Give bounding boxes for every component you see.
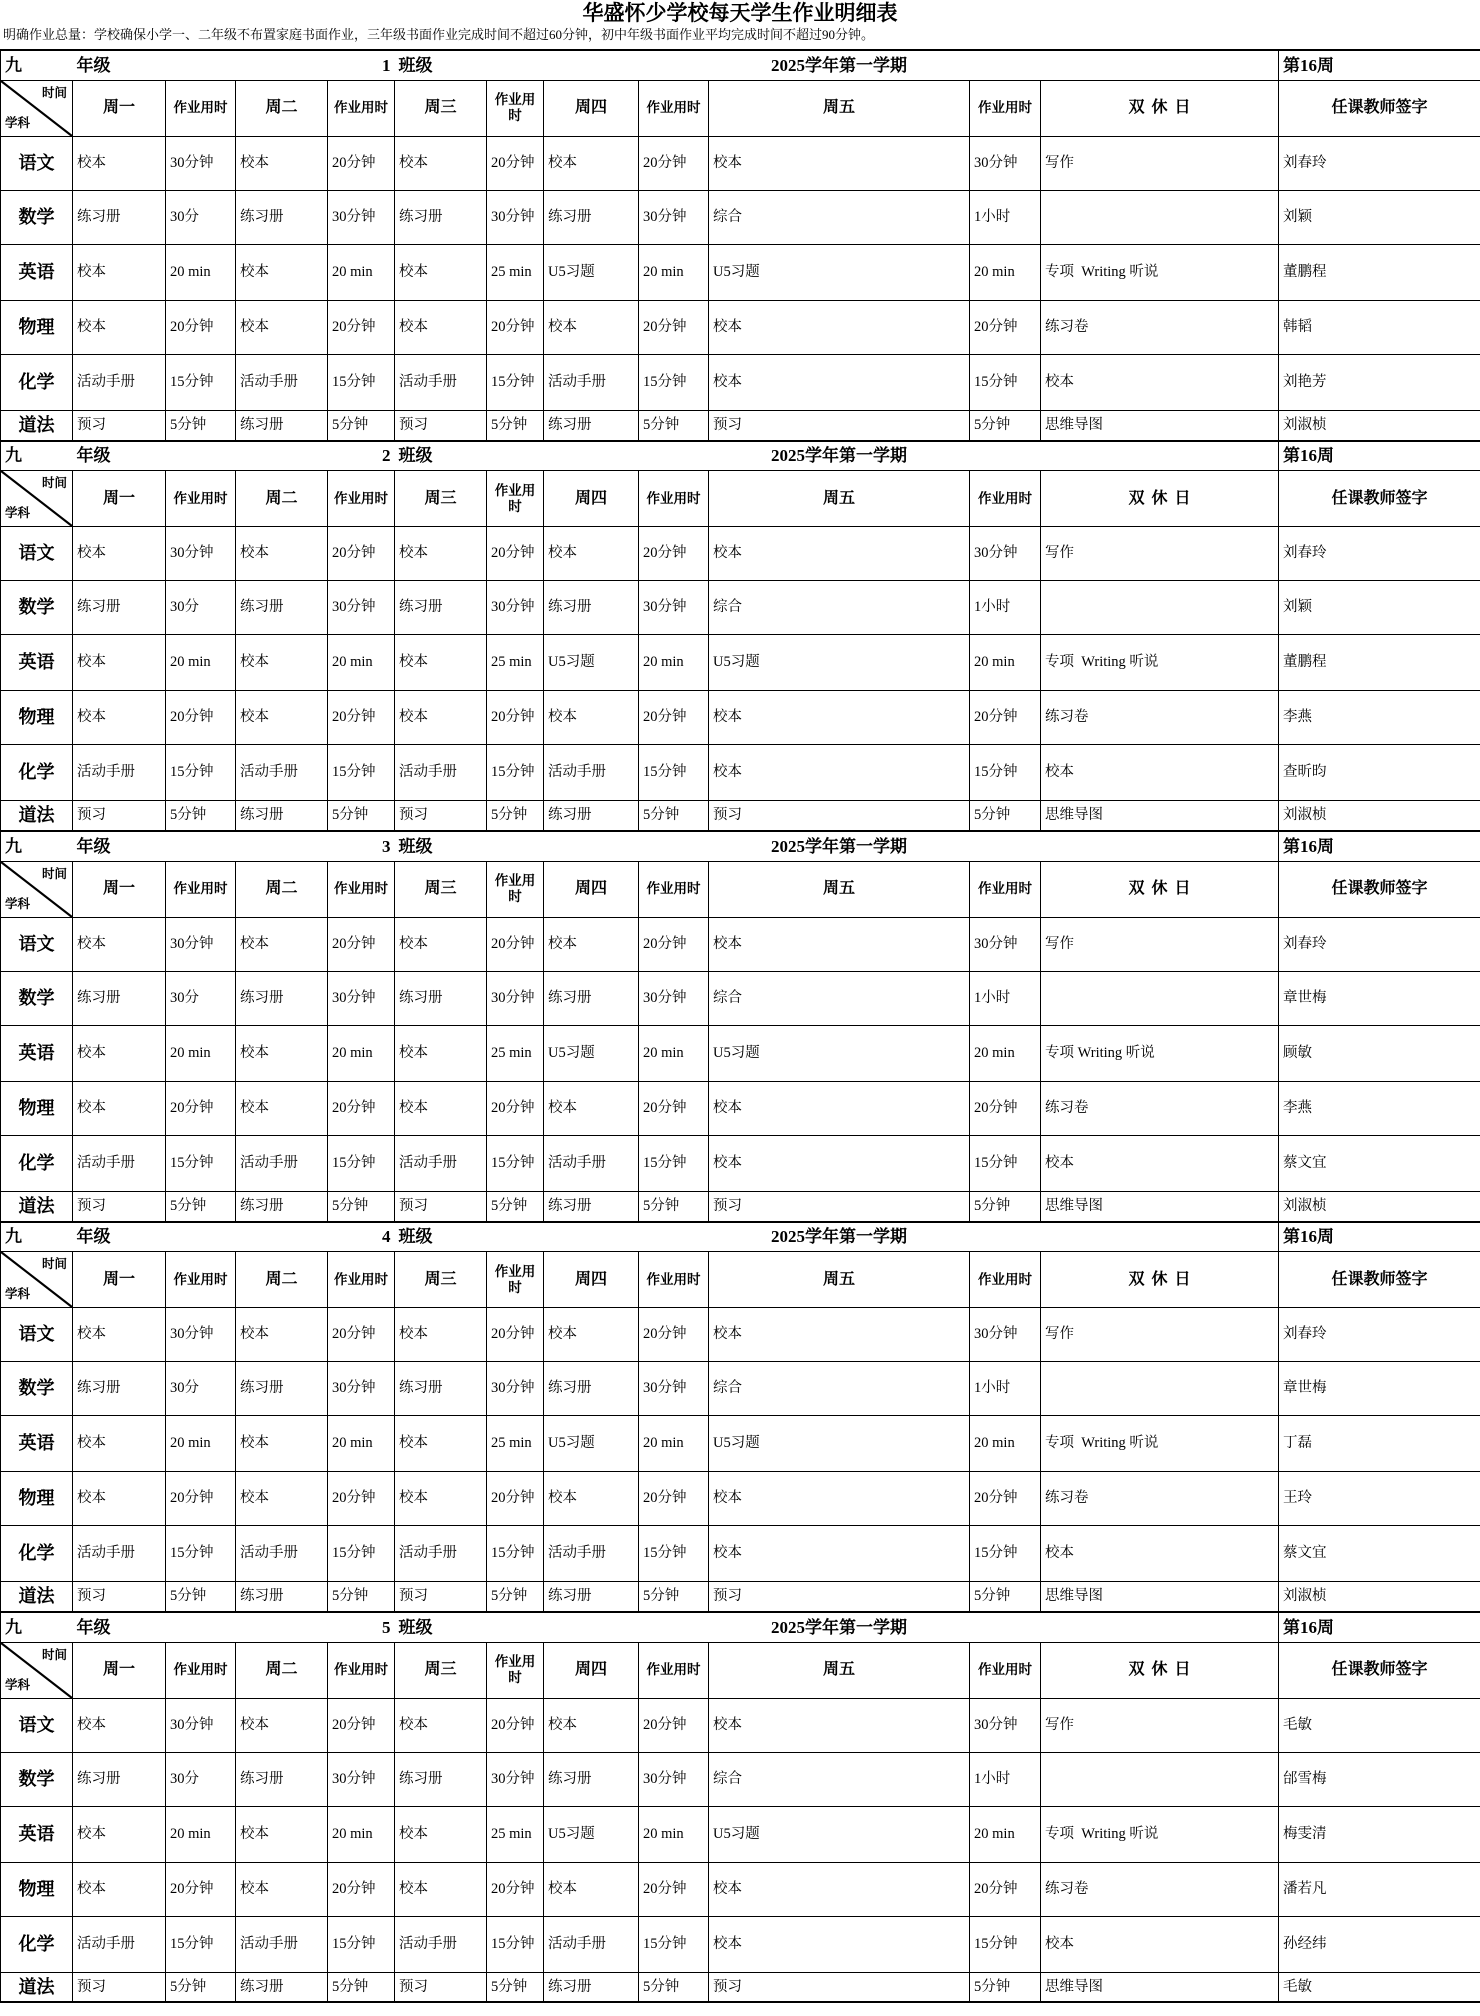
grid-cell: 20分钟 bbox=[487, 1472, 544, 1526]
grid-cell: 15分钟 bbox=[970, 354, 1041, 410]
column-header-7: 周四 bbox=[544, 471, 639, 527]
grid-cell: 校本 bbox=[1041, 1135, 1279, 1191]
grid-cell: 活动手册 bbox=[236, 1526, 328, 1582]
subject-row: 物理校本20分钟校本20分钟校本20分钟校本20分钟校本20分钟练习卷李燕 bbox=[1, 691, 1480, 745]
class-number-cell: 2 bbox=[236, 441, 395, 471]
grid-cell: 练习册 bbox=[236, 1972, 328, 2002]
grid-cell: 思维导图 bbox=[1041, 1191, 1279, 1221]
column-header-3: 周二 bbox=[236, 80, 328, 136]
section-header-row: 九年级3班级2025学年第一学期第16周 bbox=[1, 831, 1480, 861]
grid-cell: 练习册 bbox=[544, 190, 639, 244]
grid-cell: 5分钟 bbox=[487, 1972, 544, 2002]
grid-cell: 校本 bbox=[73, 136, 166, 190]
grid-cell: 30分钟 bbox=[487, 190, 544, 244]
column-header-4: 作业用时 bbox=[328, 861, 395, 917]
column-header-6: 作业用时 bbox=[487, 80, 544, 136]
grid-cell: 20分钟 bbox=[328, 1081, 395, 1135]
grid-cell: 20分钟 bbox=[166, 1472, 236, 1526]
grid-cell: 5分钟 bbox=[487, 1582, 544, 1612]
teacher-signature-cell: 刘春玲 bbox=[1279, 136, 1480, 190]
grid-cell: 30分 bbox=[166, 1362, 236, 1416]
column-header-3: 周二 bbox=[236, 471, 328, 527]
grid-cell: 15分钟 bbox=[970, 1916, 1041, 1972]
grid-cell: 预习 bbox=[73, 410, 166, 440]
grid-cell: 练习卷 bbox=[1041, 691, 1279, 745]
grid-cell: 练习册 bbox=[236, 971, 328, 1025]
grid-cell: 练习册 bbox=[544, 1191, 639, 1221]
grid-cell: 20 min bbox=[639, 1416, 709, 1472]
grid-cell: 练习册 bbox=[544, 1582, 639, 1612]
grid-cell: 20 min bbox=[328, 635, 395, 691]
column-header-6: 作业用时 bbox=[487, 1642, 544, 1698]
grid-cell: 25 min bbox=[487, 1806, 544, 1862]
grid-cell: 预习 bbox=[395, 801, 487, 831]
teacher-signature-cell: 李燕 bbox=[1279, 1081, 1480, 1135]
grid-cell: 校本 bbox=[73, 527, 166, 581]
grid-cell: 20分钟 bbox=[328, 691, 395, 745]
grid-cell: 活动手册 bbox=[544, 745, 639, 801]
grid-cell: 5分钟 bbox=[970, 1972, 1041, 2002]
column-header-3: 周二 bbox=[236, 1642, 328, 1698]
grid-cell: 校本 bbox=[1041, 745, 1279, 801]
grid-cell: 20分钟 bbox=[328, 1308, 395, 1362]
class-number-cell: 4 bbox=[236, 1222, 395, 1252]
week-cell: 第16周 bbox=[1279, 1612, 1480, 1642]
subject-row: 化学活动手册15分钟活动手册15分钟活动手册15分钟活动手册15分钟校本15分钟… bbox=[1, 1916, 1480, 1972]
grade-number-cell: 九 bbox=[1, 50, 73, 80]
total-homework-note: 明确作业总量：学校确保小学一、二年级不布置家庭书面作业，三年级书面作业完成时间不… bbox=[0, 26, 1480, 44]
grid-cell: 练习册 bbox=[395, 1752, 487, 1806]
grid-cell: 15分钟 bbox=[639, 1526, 709, 1582]
teacher-signature-cell: 梅雯清 bbox=[1279, 1806, 1480, 1862]
grid-cell: 练习册 bbox=[236, 1362, 328, 1416]
grid-cell: 15分钟 bbox=[970, 745, 1041, 801]
column-header-2: 作业用时 bbox=[166, 1252, 236, 1308]
grid-cell: 5分钟 bbox=[166, 1191, 236, 1221]
semester-cell: 2025学年第一学期 bbox=[709, 831, 970, 861]
grid-cell: 思维导图 bbox=[1041, 410, 1279, 440]
subject-label: 物理 bbox=[1, 691, 73, 745]
grid-cell: 15分钟 bbox=[328, 1526, 395, 1582]
grid-cell: 校本 bbox=[395, 1472, 487, 1526]
grid-cell: 思维导图 bbox=[1041, 1972, 1279, 2002]
grid-cell: 20分钟 bbox=[328, 1862, 395, 1916]
grid-cell: 校本 bbox=[395, 1862, 487, 1916]
subject-label: 语文 bbox=[1, 136, 73, 190]
grid-cell: U5习题 bbox=[544, 1416, 639, 1472]
grid-cell: 20分钟 bbox=[166, 300, 236, 354]
grid-cell: 预习 bbox=[73, 801, 166, 831]
grid-cell: 练习卷 bbox=[1041, 1862, 1279, 1916]
teacher-signature-cell: 李燕 bbox=[1279, 691, 1480, 745]
corner-time-subject-cell: 时间学科 bbox=[1, 1252, 73, 1308]
grid-cell: 20 min bbox=[166, 244, 236, 300]
corner-time-label: 时间 bbox=[42, 867, 67, 883]
teacher-signature-cell: 刘淑桢 bbox=[1279, 410, 1480, 440]
column-header-2: 作业用时 bbox=[166, 861, 236, 917]
grid-cell: 校本 bbox=[73, 635, 166, 691]
grid-cell: 20分钟 bbox=[639, 691, 709, 745]
grid-cell: 5分钟 bbox=[328, 1191, 395, 1221]
subject-label: 数学 bbox=[1, 1362, 73, 1416]
grid-cell: 20分钟 bbox=[487, 691, 544, 745]
subject-row: 语文校本30分钟校本20分钟校本20分钟校本20分钟校本30分钟写作刘春玲 bbox=[1, 136, 1480, 190]
class-section-table-1: 九年级1班级2025学年第一学期第16周时间学科周一作业用时周二作业用时周三作业… bbox=[0, 49, 1480, 441]
grid-cell bbox=[1041, 190, 1279, 244]
grid-cell: 5分钟 bbox=[328, 801, 395, 831]
grid-cell: 15分钟 bbox=[639, 745, 709, 801]
column-header-4: 作业用时 bbox=[328, 471, 395, 527]
column-header-1: 周一 bbox=[73, 471, 166, 527]
subject-row: 英语校本20 min校本20 min校本25 minU5习题20 minU5习题… bbox=[1, 1416, 1480, 1472]
grid-cell: 15分钟 bbox=[487, 745, 544, 801]
column-header-2: 作业用时 bbox=[166, 471, 236, 527]
grid-cell: 活动手册 bbox=[395, 1526, 487, 1582]
subject-row: 语文校本30分钟校本20分钟校本20分钟校本20分钟校本30分钟写作毛敏 bbox=[1, 1698, 1480, 1752]
subject-row: 道法预习5分钟练习册5分钟预习5分钟练习册5分钟预习5分钟思维导图毛敏 bbox=[1, 1972, 1480, 2002]
grid-cell: 30分钟 bbox=[166, 527, 236, 581]
grid-cell: 25 min bbox=[487, 244, 544, 300]
grid-cell: 30分钟 bbox=[166, 1698, 236, 1752]
corner-time-subject-cell: 时间学科 bbox=[1, 80, 73, 136]
subject-label: 道法 bbox=[1, 410, 73, 440]
grid-cell: 校本 bbox=[73, 1698, 166, 1752]
teacher-signature-cell: 刘颖 bbox=[1279, 190, 1480, 244]
teacher-signature-cell: 董鹏程 bbox=[1279, 244, 1480, 300]
grid-cell: 30分 bbox=[166, 190, 236, 244]
class-section-table-5: 九年级5班级2025学年第一学期第16周时间学科周一作业用时周二作业用时周三作业… bbox=[0, 1611, 1480, 2003]
teacher-signature-cell: 蔡文宜 bbox=[1279, 1526, 1480, 1582]
column-header-row: 时间学科周一作业用时周二作业用时周三作业用时周四作业用时周五作业用时双休日任课教… bbox=[1, 1642, 1480, 1698]
grid-cell: 30分钟 bbox=[639, 971, 709, 1025]
grid-cell: 练习册 bbox=[236, 1582, 328, 1612]
grade-label-cell: 年级 bbox=[73, 1222, 236, 1252]
grid-cell: 练习卷 bbox=[1041, 300, 1279, 354]
grid-cell: 练习册 bbox=[73, 1362, 166, 1416]
grid-cell: 练习册 bbox=[236, 190, 328, 244]
empty-header-cell bbox=[970, 1222, 1279, 1252]
grid-cell: 综合 bbox=[709, 1362, 970, 1416]
grid-cell: 5分钟 bbox=[970, 410, 1041, 440]
grid-cell: 校本 bbox=[709, 691, 970, 745]
subject-label: 物理 bbox=[1, 1081, 73, 1135]
grid-cell: 校本 bbox=[544, 1308, 639, 1362]
class-number-cell: 5 bbox=[236, 1612, 395, 1642]
semester-cell: 2025学年第一学期 bbox=[709, 50, 970, 80]
column-header-row: 时间学科周一作业用时周二作业用时周三作业用时周四作业用时周五作业用时双休日任课教… bbox=[1, 471, 1480, 527]
subject-label: 语文 bbox=[1, 1698, 73, 1752]
subject-label: 数学 bbox=[1, 971, 73, 1025]
grid-cell: 30分 bbox=[166, 971, 236, 1025]
grid-cell: 30分钟 bbox=[970, 1308, 1041, 1362]
grid-cell: 练习册 bbox=[544, 1972, 639, 2002]
grid-cell: 30分钟 bbox=[639, 190, 709, 244]
grid-cell: 预习 bbox=[709, 1582, 970, 1612]
grid-cell: 写作 bbox=[1041, 136, 1279, 190]
grid-cell: 练习册 bbox=[73, 1752, 166, 1806]
subject-label: 化学 bbox=[1, 1916, 73, 1972]
column-header-3: 周二 bbox=[236, 1252, 328, 1308]
homework-worksheet: 华盛怀少学校每天学生作业明细表 明确作业总量：学校确保小学一、二年级不布置家庭书… bbox=[0, 0, 1480, 2003]
grid-cell: 预习 bbox=[709, 1191, 970, 1221]
grid-cell: 30分钟 bbox=[487, 1362, 544, 1416]
grid-cell: 5分钟 bbox=[166, 801, 236, 831]
grid-cell: 5分钟 bbox=[639, 801, 709, 831]
empty-header-cell bbox=[487, 1612, 709, 1642]
grid-cell: 20 min bbox=[970, 1416, 1041, 1472]
teacher-signature-cell: 刘春玲 bbox=[1279, 1308, 1480, 1362]
grid-cell: 校本 bbox=[236, 691, 328, 745]
teacher-signature-cell: 邰雪梅 bbox=[1279, 1752, 1480, 1806]
column-header-7: 周四 bbox=[544, 1642, 639, 1698]
column-header-row: 时间学科周一作业用时周二作业用时周三作业用时周四作业用时周五作业用时双休日任课教… bbox=[1, 1252, 1480, 1308]
grid-cell: 20分钟 bbox=[487, 136, 544, 190]
grid-cell: 20分钟 bbox=[639, 1698, 709, 1752]
subject-label: 语文 bbox=[1, 527, 73, 581]
grid-cell: 练习册 bbox=[395, 581, 487, 635]
column-header-8: 作业用时 bbox=[639, 80, 709, 136]
grid-cell: 预习 bbox=[73, 1191, 166, 1221]
grid-cell: 20分钟 bbox=[328, 300, 395, 354]
column-header-4: 作业用时 bbox=[328, 1252, 395, 1308]
class-label-cell: 班级 bbox=[395, 1222, 487, 1252]
empty-header-cell bbox=[487, 831, 709, 861]
grid-cell: 活动手册 bbox=[73, 1135, 166, 1191]
subject-label: 英语 bbox=[1, 1416, 73, 1472]
class-label-cell: 班级 bbox=[395, 441, 487, 471]
grid-cell: 20分钟 bbox=[166, 691, 236, 745]
grid-cell: 20 min bbox=[166, 1416, 236, 1472]
grid-cell: 专项 Writing 听说 bbox=[1041, 635, 1279, 691]
grid-cell: U5习题 bbox=[544, 635, 639, 691]
grid-cell: 校本 bbox=[73, 691, 166, 745]
column-header-12: 任课教师签字 bbox=[1279, 1642, 1480, 1698]
column-header-4: 作业用时 bbox=[328, 1642, 395, 1698]
grid-cell: 预习 bbox=[395, 410, 487, 440]
grid-cell: 活动手册 bbox=[73, 745, 166, 801]
grid-cell: 20 min bbox=[328, 244, 395, 300]
grid-cell: 预习 bbox=[395, 1582, 487, 1612]
subject-row: 英语校本20 min校本20 min校本25 minU5习题20 minU5习题… bbox=[1, 1806, 1480, 1862]
section-header-row: 九年级5班级2025学年第一学期第16周 bbox=[1, 1612, 1480, 1642]
grid-cell: 专项 Writing 听说 bbox=[1041, 244, 1279, 300]
column-header-10: 作业用时 bbox=[970, 1252, 1041, 1308]
grid-cell: 20分钟 bbox=[487, 527, 544, 581]
teacher-signature-cell: 查昕昀 bbox=[1279, 745, 1480, 801]
subject-row: 化学活动手册15分钟活动手册15分钟活动手册15分钟活动手册15分钟校本15分钟… bbox=[1, 1526, 1480, 1582]
column-header-1: 周一 bbox=[73, 1642, 166, 1698]
grid-cell: 20分钟 bbox=[639, 1862, 709, 1916]
grid-cell: 校本 bbox=[395, 1308, 487, 1362]
grid-cell: 20分钟 bbox=[970, 691, 1041, 745]
subject-label: 数学 bbox=[1, 581, 73, 635]
subject-label: 道法 bbox=[1, 1191, 73, 1221]
grid-cell: 30分钟 bbox=[328, 971, 395, 1025]
grid-cell: 20 min bbox=[639, 244, 709, 300]
teacher-signature-cell: 孙经纬 bbox=[1279, 1916, 1480, 1972]
column-header-8: 作业用时 bbox=[639, 1252, 709, 1308]
column-header-7: 周四 bbox=[544, 861, 639, 917]
grade-number-cell: 九 bbox=[1, 831, 73, 861]
grid-cell: 20 min bbox=[970, 1025, 1041, 1081]
grid-cell: 综合 bbox=[709, 190, 970, 244]
class-number-cell: 1 bbox=[236, 50, 395, 80]
teacher-signature-cell: 刘淑桢 bbox=[1279, 801, 1480, 831]
grid-cell: 校本 bbox=[236, 917, 328, 971]
grid-cell: 活动手册 bbox=[73, 354, 166, 410]
grid-cell: 练习册 bbox=[544, 801, 639, 831]
grid-cell: 20分钟 bbox=[970, 1472, 1041, 1526]
grid-cell: 写作 bbox=[1041, 917, 1279, 971]
subject-label: 道法 bbox=[1, 1582, 73, 1612]
grid-cell: 20 min bbox=[166, 1025, 236, 1081]
column-header-9: 周五 bbox=[709, 1642, 970, 1698]
column-header-10: 作业用时 bbox=[970, 80, 1041, 136]
grid-cell: 30分钟 bbox=[970, 527, 1041, 581]
subject-row: 物理校本20分钟校本20分钟校本20分钟校本20分钟校本20分钟练习卷韩韬 bbox=[1, 300, 1480, 354]
grid-cell: 练习册 bbox=[544, 581, 639, 635]
grid-cell: 活动手册 bbox=[395, 745, 487, 801]
grid-cell: 校本 bbox=[395, 527, 487, 581]
column-header-11: 双休日 bbox=[1041, 80, 1279, 136]
week-cell: 第16周 bbox=[1279, 1222, 1480, 1252]
grid-cell: 综合 bbox=[709, 581, 970, 635]
grid-cell: 预习 bbox=[709, 1972, 970, 2002]
column-header-2: 作业用时 bbox=[166, 1642, 236, 1698]
corner-subject-label: 学科 bbox=[5, 506, 30, 522]
subject-row: 化学活动手册15分钟活动手册15分钟活动手册15分钟活动手册15分钟校本15分钟… bbox=[1, 745, 1480, 801]
grid-cell: 15分钟 bbox=[970, 1135, 1041, 1191]
column-header-9: 周五 bbox=[709, 861, 970, 917]
week-cell: 第16周 bbox=[1279, 50, 1480, 80]
teacher-signature-cell: 王玲 bbox=[1279, 1472, 1480, 1526]
grid-cell: 20分钟 bbox=[639, 527, 709, 581]
class-label-cell: 班级 bbox=[395, 1612, 487, 1642]
grid-cell: 练习册 bbox=[544, 1752, 639, 1806]
grid-cell: 练习册 bbox=[395, 190, 487, 244]
grid-cell: 校本 bbox=[709, 300, 970, 354]
grid-cell: 15分钟 bbox=[639, 1135, 709, 1191]
page-title: 华盛怀少学校每天学生作业明细表 bbox=[0, 0, 1480, 26]
grid-cell: 校本 bbox=[395, 1025, 487, 1081]
grid-cell: 20 min bbox=[639, 1806, 709, 1862]
grid-cell: 20 min bbox=[166, 635, 236, 691]
grid-cell: 活动手册 bbox=[544, 1916, 639, 1972]
column-header-8: 作业用时 bbox=[639, 861, 709, 917]
grid-cell: 15分钟 bbox=[328, 745, 395, 801]
grid-cell: 预习 bbox=[73, 1582, 166, 1612]
grid-cell: 练习册 bbox=[236, 801, 328, 831]
grid-cell: 20 min bbox=[639, 1025, 709, 1081]
empty-header-cell bbox=[487, 441, 709, 471]
class-section-table-3: 九年级3班级2025学年第一学期第16周时间学科周一作业用时周二作业用时周三作业… bbox=[0, 830, 1480, 1222]
grid-cell: 5分钟 bbox=[487, 1191, 544, 1221]
grid-cell: 5分钟 bbox=[328, 1582, 395, 1612]
empty-header-cell bbox=[970, 441, 1279, 471]
grid-cell: 校本 bbox=[709, 1916, 970, 1972]
column-header-5: 周三 bbox=[395, 1642, 487, 1698]
grid-cell: 预习 bbox=[709, 410, 970, 440]
grid-cell: 校本 bbox=[236, 244, 328, 300]
subject-label: 化学 bbox=[1, 1135, 73, 1191]
grid-cell: 校本 bbox=[73, 1416, 166, 1472]
grid-cell: 校本 bbox=[395, 1416, 487, 1472]
grade-number-cell: 九 bbox=[1, 441, 73, 471]
grid-cell: 30分钟 bbox=[970, 1698, 1041, 1752]
grid-cell: 15分钟 bbox=[166, 1916, 236, 1972]
grade-number-cell: 九 bbox=[1, 1222, 73, 1252]
grid-cell: 校本 bbox=[1041, 1916, 1279, 1972]
teacher-signature-cell: 刘春玲 bbox=[1279, 917, 1480, 971]
column-header-10: 作业用时 bbox=[970, 471, 1041, 527]
grid-cell: 20 min bbox=[970, 1806, 1041, 1862]
grid-cell: 5分钟 bbox=[639, 1972, 709, 2002]
grid-cell: 30分钟 bbox=[487, 971, 544, 1025]
grid-cell: 活动手册 bbox=[236, 745, 328, 801]
grid-cell: 30分钟 bbox=[487, 1752, 544, 1806]
corner-time-subject-cell: 时间学科 bbox=[1, 1642, 73, 1698]
subject-row: 物理校本20分钟校本20分钟校本20分钟校本20分钟校本20分钟练习卷王玲 bbox=[1, 1472, 1480, 1526]
subject-row: 语文校本30分钟校本20分钟校本20分钟校本20分钟校本30分钟写作刘春玲 bbox=[1, 1308, 1480, 1362]
grid-cell: 校本 bbox=[544, 1081, 639, 1135]
subject-label: 英语 bbox=[1, 1025, 73, 1081]
grid-cell: 校本 bbox=[709, 527, 970, 581]
teacher-signature-cell: 刘淑桢 bbox=[1279, 1191, 1480, 1221]
grid-cell: 校本 bbox=[1041, 354, 1279, 410]
section-header-row: 九年级4班级2025学年第一学期第16周 bbox=[1, 1222, 1480, 1252]
grade-number-cell: 九 bbox=[1, 1612, 73, 1642]
grid-cell: 20分钟 bbox=[166, 1081, 236, 1135]
grade-label-cell: 年级 bbox=[73, 50, 236, 80]
grid-cell: U5习题 bbox=[709, 1806, 970, 1862]
grid-cell: 预习 bbox=[395, 1972, 487, 2002]
corner-time-subject-cell: 时间学科 bbox=[1, 471, 73, 527]
grid-cell: 20 min bbox=[970, 244, 1041, 300]
subject-label: 化学 bbox=[1, 745, 73, 801]
grid-cell: 5分钟 bbox=[328, 410, 395, 440]
corner-time-label: 时间 bbox=[42, 1257, 67, 1273]
corner-time-label: 时间 bbox=[42, 476, 67, 492]
grid-cell: 20分钟 bbox=[639, 917, 709, 971]
column-header-3: 周二 bbox=[236, 861, 328, 917]
grid-cell: 校本 bbox=[544, 527, 639, 581]
grid-cell: 20分钟 bbox=[328, 527, 395, 581]
corner-subject-label: 学科 bbox=[5, 116, 30, 132]
grade-label-cell: 年级 bbox=[73, 441, 236, 471]
grid-cell: 思维导图 bbox=[1041, 1582, 1279, 1612]
grid-cell: 校本 bbox=[395, 917, 487, 971]
grade-label-cell: 年级 bbox=[73, 1612, 236, 1642]
subject-label: 化学 bbox=[1, 1526, 73, 1582]
subject-row: 英语校本20 min校本20 min校本25 minU5习题20 minU5习题… bbox=[1, 635, 1480, 691]
grid-cell: 15分钟 bbox=[487, 354, 544, 410]
grid-cell: 校本 bbox=[236, 136, 328, 190]
class-section-table-4: 九年级4班级2025学年第一学期第16周时间学科周一作业用时周二作业用时周三作业… bbox=[0, 1221, 1480, 1613]
subject-label: 英语 bbox=[1, 1806, 73, 1862]
grid-cell: 校本 bbox=[709, 136, 970, 190]
subject-label: 英语 bbox=[1, 244, 73, 300]
grid-cell: 校本 bbox=[395, 691, 487, 745]
grid-cell: 5分钟 bbox=[639, 1191, 709, 1221]
column-header-7: 周四 bbox=[544, 1252, 639, 1308]
column-header-1: 周一 bbox=[73, 80, 166, 136]
grid-cell: U5习题 bbox=[544, 1025, 639, 1081]
grid-cell: 30分钟 bbox=[166, 136, 236, 190]
grid-cell: 校本 bbox=[709, 917, 970, 971]
grid-cell: 校本 bbox=[73, 1806, 166, 1862]
grid-cell: 练习册 bbox=[544, 410, 639, 440]
subject-label: 物理 bbox=[1, 1472, 73, 1526]
